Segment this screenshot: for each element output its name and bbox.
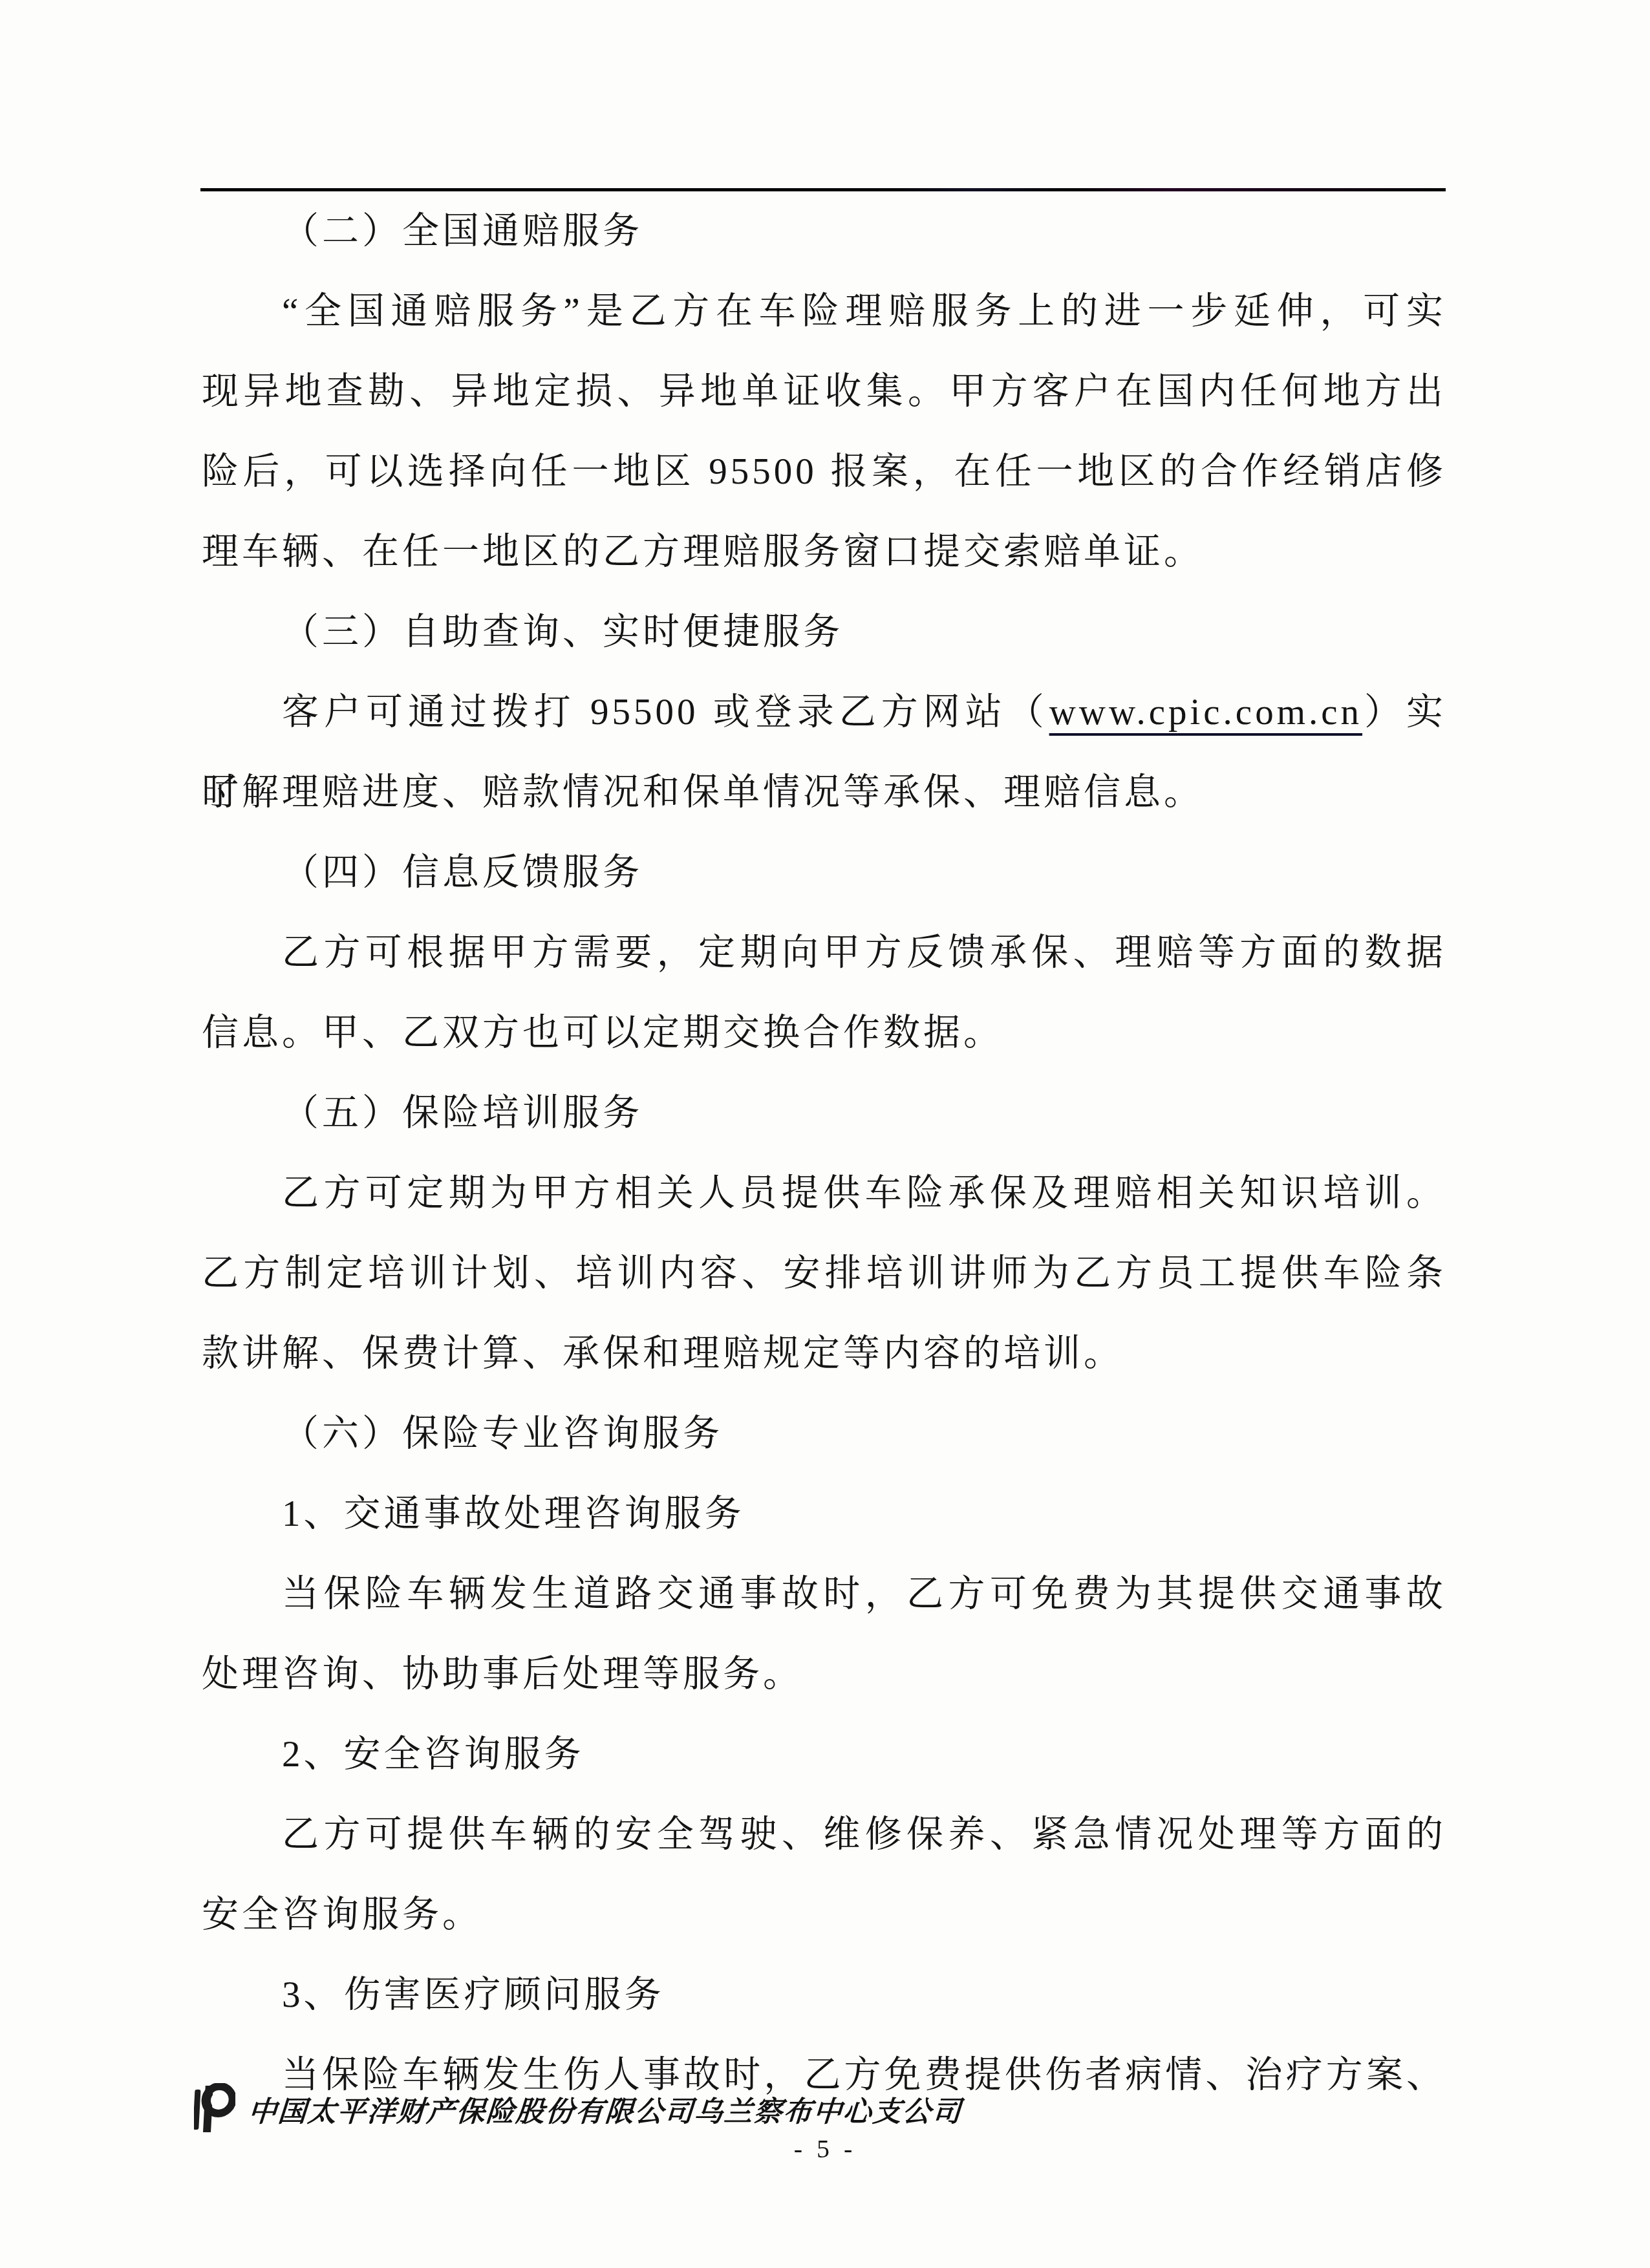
text-run: 客户可通过拨打 95500 或登录乙方网站（: [282, 692, 1049, 733]
text-line: 现异地查勘、异地定损、异地单证收集。甲方客户在国内任何地方出: [202, 352, 1446, 432]
text-line: 乙方制定培训计划、培训内容、安排培训讲师为乙方员工提供车险条: [202, 1234, 1446, 1314]
text-run: 1、交通事故处理咨询服务: [282, 1493, 745, 1534]
section-heading: 3、伤害医疗顾问服务: [202, 1955, 1446, 2035]
section-heading: 1、交通事故处理咨询服务: [202, 1474, 1446, 1554]
cpic-logo: [194, 2083, 235, 2135]
text-line: 当保险车辆发生道路交通事故时，乙方可免费为其提供交通事故: [202, 1554, 1446, 1634]
text-run: （五）保险培训服务: [282, 1093, 643, 1133]
text-run: 险后，可以选择向任一地区 95500 报案，在任一地区的合作经销店修: [202, 451, 1446, 492]
text-run: 款讲解、保费计算、承保和理赔规定等内容的培训。: [202, 1333, 1124, 1374]
text-run: （三）自助查询、实时便捷服务: [282, 612, 843, 652]
text-run: 信息。甲、乙双方也可以定期交换合作数据。: [202, 1012, 1003, 1053]
text-run: 2、安全咨询服务: [282, 1734, 584, 1775]
text-line: 险后，可以选择向任一地区 95500 报案，在任一地区的合作经销店修: [202, 432, 1446, 512]
text-line: 处理咨询、协助事后处理等服务。: [202, 1634, 1446, 1715]
document-body: （二）全国通赔服务“全国通赔服务”是乙方在车险理赔服务上的进一步延伸，可实现异地…: [202, 191, 1446, 2115]
text-run: （六）保险专业咨询服务: [282, 1413, 723, 1454]
text-run: 处理咨询、协助事后处理等服务。: [202, 1654, 803, 1695]
text-run: 当保险车辆发生道路交通事故时，乙方可免费为其提供交通事故: [282, 1574, 1446, 1614]
section-heading: （五）保险培训服务: [202, 1073, 1446, 1153]
section-heading: （四）信息反馈服务: [202, 833, 1446, 913]
text-line: 乙方可提供车辆的安全驾驶、维修保养、紧急情况处理等方面的: [202, 1795, 1446, 1875]
text-run: 乙方制定培训计划、培训内容、安排培训讲师为乙方员工提供车险条: [202, 1253, 1446, 1294]
website-url: www.cpic.com.cn: [1049, 692, 1362, 733]
footer-company-name: 中国太平洋财产保险股份有限公司乌兰察布中心支公司: [247, 2088, 963, 2130]
text-run: 3、伤害医疗顾问服务: [282, 1974, 665, 2015]
page-footer: 中国太平洋财产保险股份有限公司乌兰察布中心支公司: [194, 2083, 962, 2135]
text-line: 乙方可定期为甲方相关人员提供车险承保及理赔相关知识培训。: [202, 1153, 1446, 1234]
text-run: 现异地查勘、异地定损、异地单证收集。甲方客户在国内任何地方出: [202, 371, 1446, 412]
text-run: （二）全国通赔服务: [282, 211, 643, 251]
page-number: - 5 -: [0, 2134, 1650, 2164]
section-heading: 2、安全咨询服务: [202, 1715, 1446, 1795]
text-run: 乙方可根据甲方需要，定期向甲方反馈承保、理赔等方面的数据: [282, 932, 1446, 973]
text-line: “全国通赔服务”是乙方在车险理赔服务上的进一步延伸，可实: [202, 272, 1446, 352]
text-run: （四）信息反馈服务: [282, 852, 643, 893]
text-run: 了解理赔进度、赔款情况和保单情况等承保、理赔信息。: [202, 772, 1204, 813]
section-heading: （三）自助查询、实时便捷服务: [202, 592, 1446, 672]
text-line: 了解理赔进度、赔款情况和保单情况等承保、理赔信息。: [202, 753, 1446, 833]
text-line: 客户可通过拨打 95500 或登录乙方网站（www.cpic.com.cn）实时: [202, 672, 1446, 753]
text-line: 款讲解、保费计算、承保和理赔规定等内容的培训。: [202, 1314, 1446, 1394]
document-page: （二）全国通赔服务“全国通赔服务”是乙方在车险理赔服务上的进一步延伸，可实现异地…: [0, 0, 1650, 2268]
text-line: 乙方可根据甲方需要，定期向甲方反馈承保、理赔等方面的数据: [202, 913, 1446, 993]
text-run: 乙方可定期为甲方相关人员提供车险承保及理赔相关知识培训。: [282, 1173, 1446, 1214]
text-line: 理车辆、在任一地区的乙方理赔服务窗口提交索赔单证。: [202, 512, 1446, 592]
section-heading: （六）保险专业咨询服务: [202, 1394, 1446, 1474]
text-line: 安全咨询服务。: [202, 1875, 1446, 1955]
section-heading: （二）全国通赔服务: [202, 191, 1446, 272]
text-run: 理车辆、在任一地区的乙方理赔服务窗口提交索赔单证。: [202, 531, 1204, 572]
text-run: “全国通赔服务”是乙方在车险理赔服务上的进一步延伸，可实: [282, 291, 1446, 332]
text-line: 信息。甲、乙双方也可以定期交换合作数据。: [202, 993, 1446, 1073]
text-run: 安全咨询服务。: [202, 1894, 482, 1935]
text-run: 乙方可提供车辆的安全驾驶、维修保养、紧急情况处理等方面的: [282, 1814, 1446, 1855]
